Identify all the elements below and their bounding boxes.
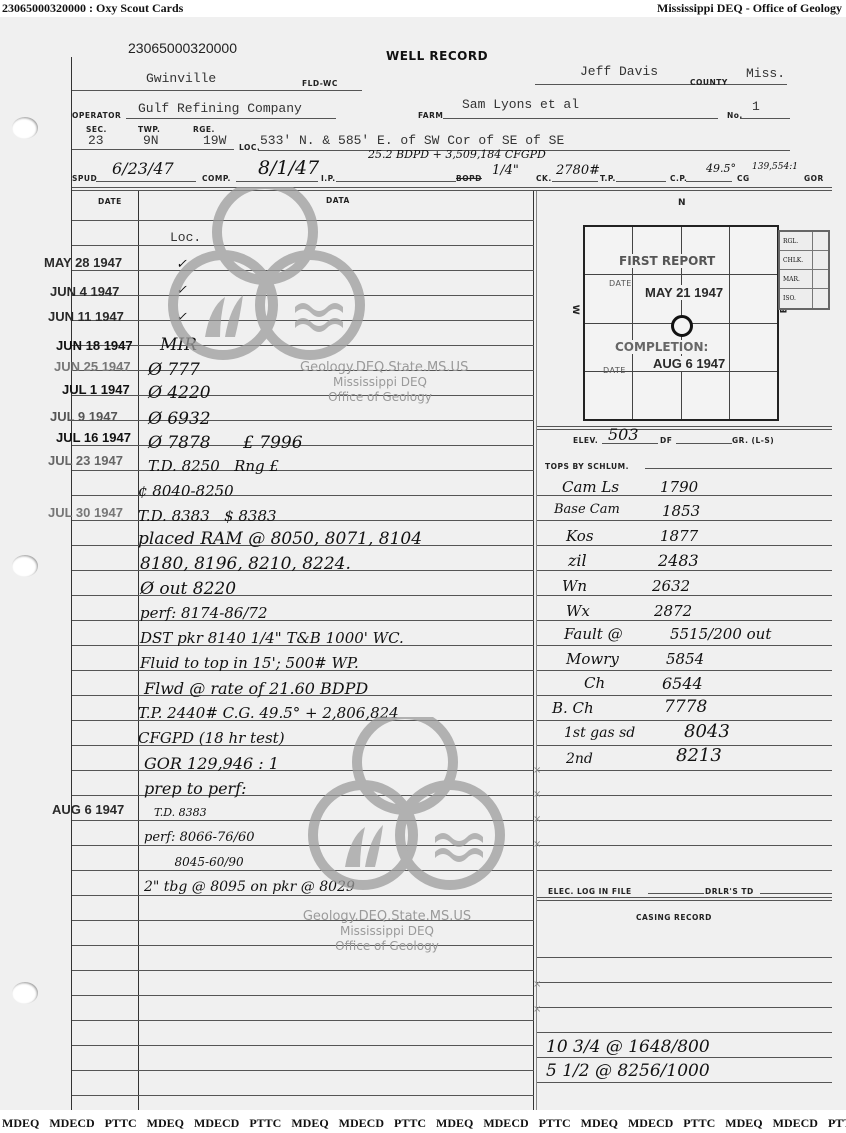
left-border: [71, 57, 72, 1110]
log-entry: ✓: [176, 310, 187, 325]
top-depth: 8043: [684, 721, 730, 742]
spud-date: 6/23/47: [112, 159, 174, 178]
log-entry: Fluid to top in 15'; 500# WP.: [140, 654, 359, 672]
log-entry: Ø 6932: [148, 409, 211, 429]
completion-date-label: DATE: [603, 366, 626, 375]
tick-mark-icon: ×: [533, 765, 541, 776]
spud-label: SPUD: [72, 174, 97, 183]
comp-label: COMP.: [202, 174, 231, 183]
top-depth: 6544: [662, 674, 703, 693]
top-name: Cam Ls: [562, 478, 619, 496]
log-date: JUL 23 1947: [48, 453, 123, 468]
watermark-url: Geology.DEQ.State.MS.US: [300, 360, 460, 375]
top-depth: 8213: [676, 745, 722, 766]
top-name: B. Ch: [552, 699, 594, 717]
watermark-org: Mississippi DEQ: [302, 924, 472, 939]
date-divider: [138, 191, 139, 1110]
operator-name: Gulf Refining Company: [138, 101, 302, 116]
checkbox-iso: ISO.: [780, 289, 828, 308]
tick-mark-icon: ×: [533, 814, 541, 825]
top-name: Base Cam: [554, 502, 620, 517]
log-date: JUN 25 1947: [54, 359, 131, 374]
compass-north: N: [678, 198, 686, 208]
log-date: JUN 4 1947: [50, 284, 119, 299]
first-report-date: MAY 21 1947: [645, 285, 723, 300]
farm-name: Sam Lyons et al: [462, 97, 579, 112]
casing-record-label: CASING RECORD: [636, 913, 712, 922]
binder-hole: [12, 555, 38, 577]
farm-label: FARM: [418, 111, 443, 120]
checkbox-mar: MAR.: [780, 270, 828, 289]
oil-gravity: 49.5°: [706, 162, 736, 175]
compass-west: W: [570, 305, 580, 315]
top-depth: 2483: [658, 551, 699, 570]
log-entry: ✓: [176, 283, 187, 298]
well-location-marker-icon: [671, 315, 693, 337]
location-description: 533' N. & 585' E. of SW Cor of SE of SE: [260, 133, 564, 148]
gor-label: GOR: [804, 174, 824, 183]
ip-label: I.P.: [321, 174, 336, 183]
first-report-date-label: DATE: [609, 279, 632, 288]
tubing-pressure: 2780#: [556, 163, 600, 178]
log-entry: DST pkr 8140 1/4" T&B 1000' WC.: [140, 629, 404, 647]
field-label: FLD-WC: [302, 79, 338, 88]
log-date: JUL 30 1947: [48, 505, 123, 520]
viewer-header: 23065000320000 : Oxy Scout Cards Mississ…: [0, 0, 846, 17]
log-entry: Loc.: [170, 230, 201, 245]
top-depth: 1877: [660, 527, 698, 545]
top-depth: 7778: [664, 697, 707, 717]
elev-label: ELEV.: [573, 436, 598, 445]
top-name: Fault @: [564, 625, 623, 643]
log-entry: CFGPD (18 hr test): [138, 729, 285, 747]
county-label: COUNTY: [690, 78, 728, 87]
top-depth: 2632: [652, 577, 690, 595]
log-entry: Ø out 8220: [140, 579, 236, 599]
log-entry: Flwd @ rate of 21.60 BDPD: [144, 679, 368, 698]
top-name: Ch: [584, 674, 605, 692]
tp-label: T.P.: [600, 174, 616, 183]
log-entry: T.D. 8250 Rng £: [148, 457, 279, 475]
log-entry: T.D. 8383 $ 8383: [138, 507, 277, 525]
first-report-label: FIRST REPORT: [619, 254, 715, 268]
document-id-title: 23065000320000 : Oxy Scout Cards: [2, 0, 183, 17]
log-entry: perf: 8066-76/60: [144, 830, 255, 845]
log-date: AUG 6 1947: [52, 802, 124, 817]
log-entry: prep to perf:: [144, 779, 247, 798]
log-entry: Ø 4220: [148, 383, 211, 403]
log-date: JUL 1 1947: [62, 382, 130, 397]
check-boxes: RGL. CHLK. MAR. ISO.: [778, 230, 830, 310]
log-date: JUN 11 1947: [48, 309, 124, 324]
top-depth: 5515/200 out: [670, 625, 771, 643]
watermark-office: Office of Geology: [300, 390, 460, 405]
choke-size: 1/4": [492, 163, 519, 178]
ck-label: CK.: [536, 174, 552, 183]
field-name: Gwinville: [146, 71, 216, 86]
top-name: zil: [568, 551, 587, 570]
county-name: Jeff Davis: [580, 64, 658, 79]
log-entry: 8045-60/90: [144, 855, 244, 869]
ip-note: 25.2 BDPD + 3,509,184 CFGPD: [368, 148, 546, 161]
bopd-label: BOPD: [456, 174, 482, 183]
casing-entry: 5 1/2 @ 8256/1000: [546, 1061, 710, 1081]
well-number: 1: [752, 99, 760, 114]
log-entry: 2" tbg @ 8095 on pkr @ 8029: [144, 879, 355, 895]
cp-label: C.P.: [670, 174, 687, 183]
top-name: Wx: [566, 602, 590, 620]
binder-hole: [12, 117, 38, 139]
tick-mark-icon: ×: [533, 979, 541, 990]
data-column-header: DATA: [326, 196, 350, 205]
top-depth: 1853: [662, 502, 700, 520]
tick-mark-icon: ×: [533, 1004, 541, 1015]
log-date: JUL 9 1947: [50, 409, 118, 424]
state-name: Miss.: [746, 66, 785, 81]
operator-label: OPERATOR: [72, 111, 121, 120]
top-name: Mowry: [566, 650, 619, 668]
agency-title: Mississippi DEQ - Office of Geology: [657, 0, 842, 17]
watermark-org: Mississippi DEQ: [300, 375, 460, 390]
form-title: WELL RECORD: [386, 49, 488, 63]
watermark-url: Geology.DEQ.State.MS.US: [302, 909, 472, 924]
log-entry: ¢ 8040-8250: [138, 482, 234, 500]
top-name: Wn: [562, 577, 587, 595]
top-depth: 2872: [654, 602, 692, 620]
drillers-td-label: DRLR'S TD: [705, 887, 754, 896]
log-entry: MIR: [160, 335, 197, 355]
top-name: 1st gas sd: [564, 725, 635, 741]
checkbox-chlk: CHLK.: [780, 251, 828, 270]
log-entry: GOR 129,946 : 1: [144, 754, 279, 773]
binder-hole: [12, 982, 38, 1004]
top-depth: 1790: [660, 478, 698, 496]
log-date: MAY 28 1947: [44, 255, 122, 270]
log-date: JUN 18 1947: [56, 338, 133, 353]
api-number: 23065000320000: [128, 40, 237, 56]
twp-value: 9N: [143, 133, 159, 148]
footer-agency-strip: MDEQ MDECD PTTC MDEQ MDECD PTTC MDEQ MDE…: [0, 1113, 846, 1133]
log-entry: placed RAM @ 8050, 8071, 8104: [138, 529, 422, 549]
location-plat: FIRST REPORT DATE MAY 21 1947 COMPLETION…: [583, 225, 779, 421]
log-entry: 8180, 8196, 8210, 8224.: [140, 554, 351, 574]
log-entry: T.D. 8383: [154, 806, 207, 819]
elevation-value: 503: [608, 425, 639, 444]
gr-label: GR. (L-S): [732, 436, 774, 445]
scanned-well-record: 23065000320000 WELL RECORD Gwinville FLD…: [0, 17, 846, 1110]
log-entry: Ø 777: [148, 360, 200, 380]
data-divider: [533, 191, 534, 1110]
tick-mark-icon: ×: [533, 789, 541, 800]
gor-value: 139,554:1: [752, 162, 798, 172]
top-name: Kos: [566, 527, 594, 545]
sec-value: 23: [88, 133, 104, 148]
watermark-office: Office of Geology: [302, 939, 472, 954]
df-label: DF: [660, 436, 672, 445]
comp-date: 8/1/47: [258, 157, 319, 179]
rge-value: 19W: [203, 133, 226, 148]
elec-log-label: ELEC. LOG IN FILE: [548, 887, 632, 896]
casing-entry: 10 3/4 @ 1648/800: [546, 1037, 710, 1057]
tick-mark-icon: ×: [533, 839, 541, 850]
log-date: JUL 16 1947: [56, 430, 131, 445]
cg-label: CG: [737, 174, 750, 183]
log-entry: ✓: [176, 257, 187, 272]
top-depth: 5854: [666, 650, 704, 668]
log-entry: Ø 7878 £ 7996: [148, 433, 303, 453]
top-name: 2nd: [566, 751, 593, 767]
tops-label: TOPS BY SCHLUM.: [545, 462, 629, 471]
checkbox-rgl: RGL.: [780, 232, 828, 251]
date-column-header: DATE: [98, 197, 122, 206]
log-entry: perf: 8174-86/72: [140, 604, 268, 622]
completion-label: COMPLETION:: [615, 340, 708, 354]
completion-date: AUG 6 1947: [653, 356, 725, 371]
log-entry: T.P. 2440# C.G. 49.5° + 2,806,824: [138, 704, 399, 722]
